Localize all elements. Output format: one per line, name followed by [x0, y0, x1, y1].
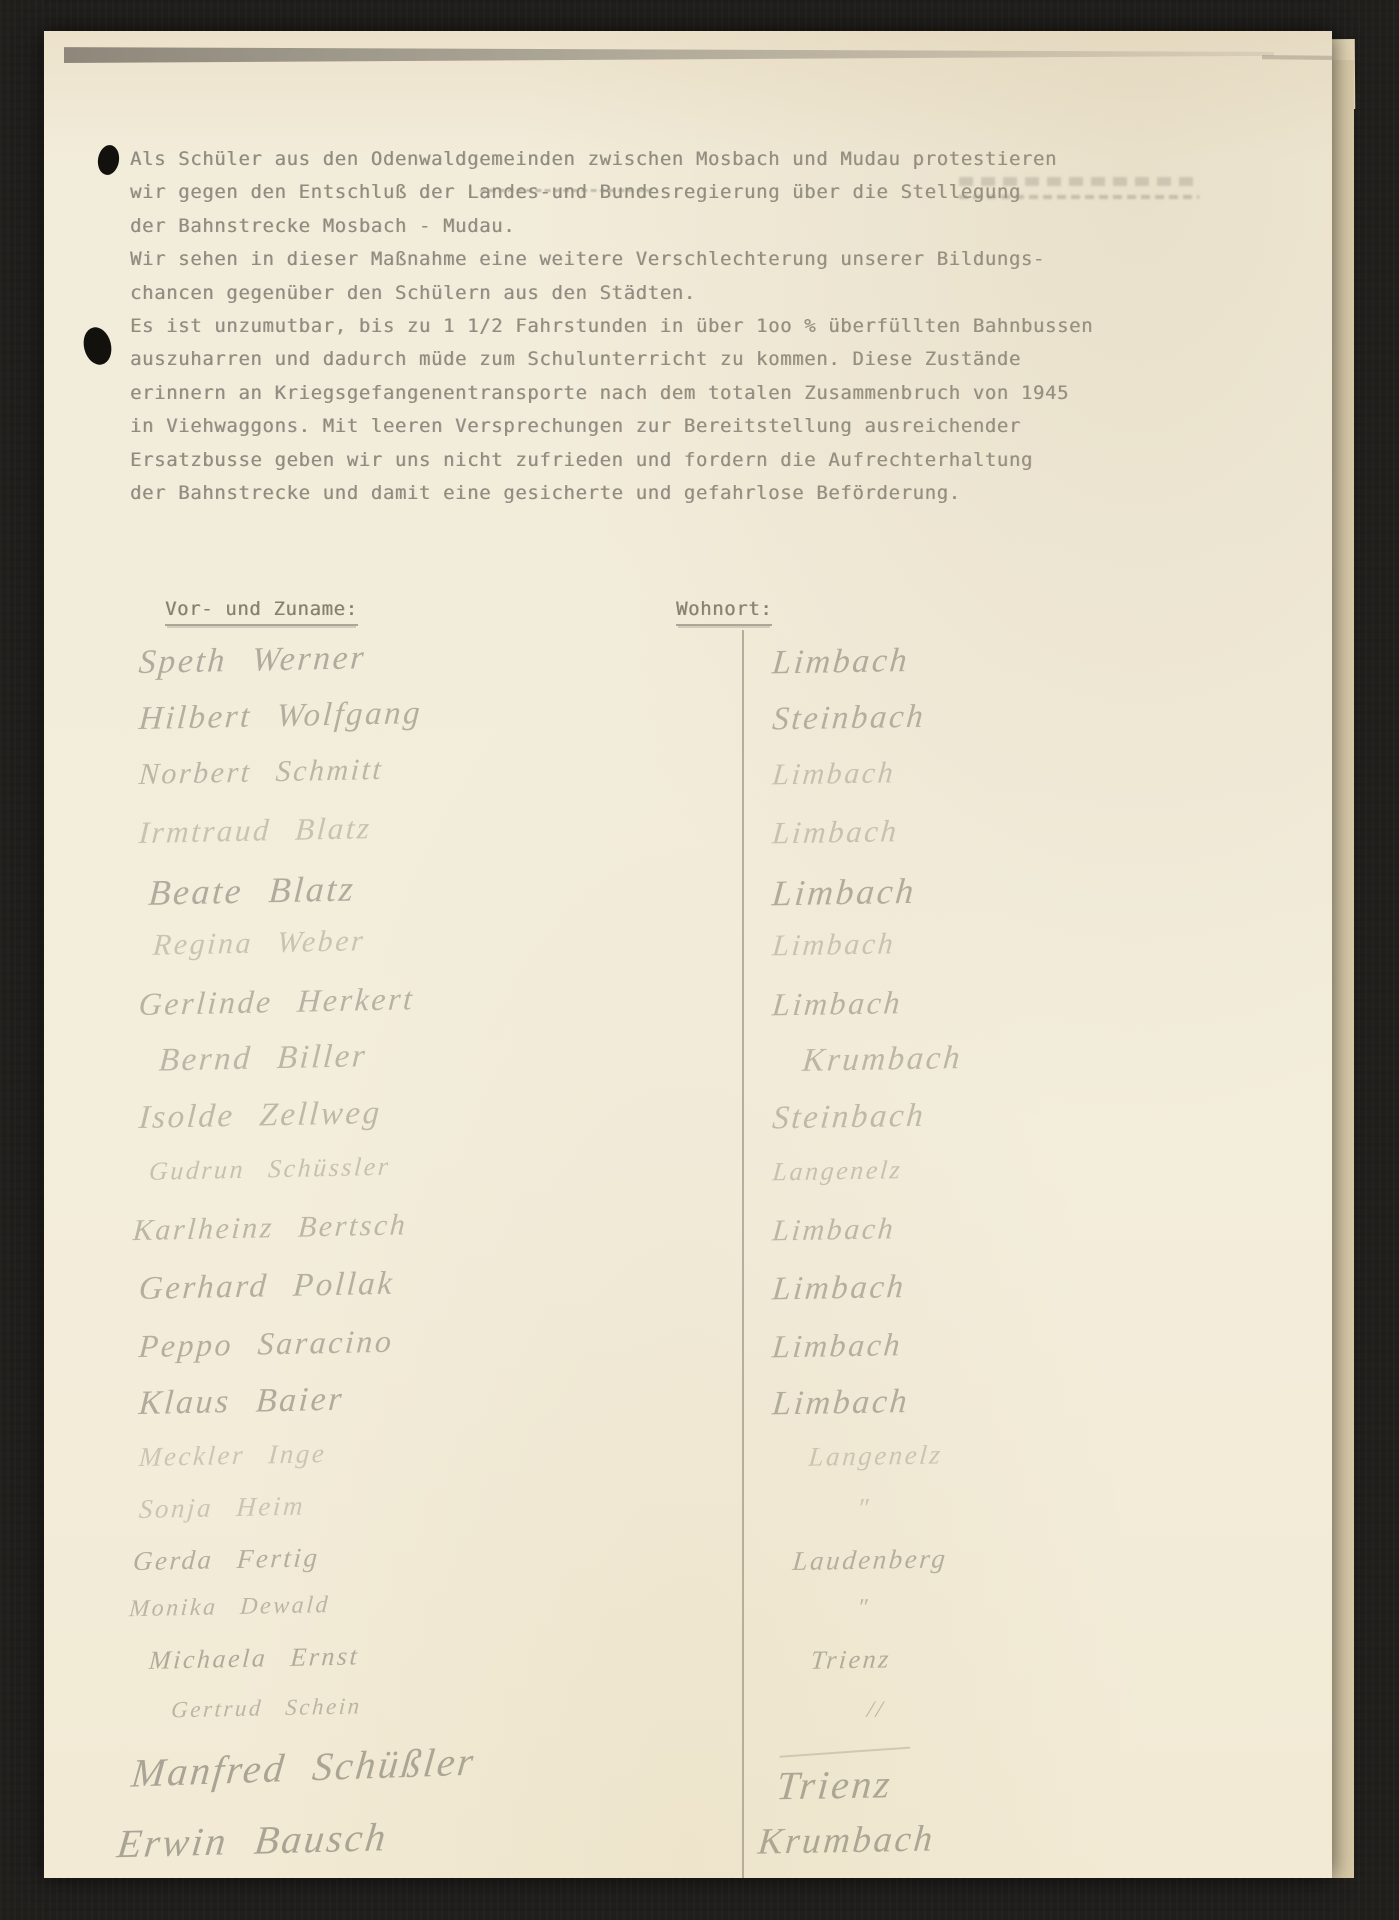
typed-line: in Viehwaggons. Mit leeren Versprechunge… [130, 410, 1210, 443]
typed-line: Wir sehen in dieser Maßnahme eine weiter… [130, 243, 1210, 276]
typed-line: erinnern an Kriegsgefangenentransporte n… [130, 377, 1210, 410]
typed-line: wir gegen den Entschluß der Landes-und B… [130, 176, 1210, 209]
typed-line: Es ist unzumutbar, bis zu 1 1/2 Fahrstun… [130, 310, 1210, 343]
signature-residence: Limbach [736, 863, 1293, 915]
typed-line: der Bahnstrecke Mosbach - Mudau. [130, 210, 1210, 243]
name-column-header: Vor- und Zuname: [165, 598, 358, 626]
residence-column-header: Wohnort: [676, 598, 772, 626]
signature-row: Erwin Bausch Krumbach [94, 1821, 1292, 1878]
scan-shadow-artifact [64, 45, 1274, 63]
under-sheet-edge [1330, 60, 1354, 1878]
typed-line: auszuharren und dadurch müde zum Schulun… [130, 343, 1210, 376]
scan-mat: Als Schüler aus den Odenwaldgemeinden zw… [0, 0, 1399, 1920]
signature-residence: Limbach [737, 635, 1293, 683]
letter-paragraph: Als Schüler aus den Odenwaldgemeinden zw… [130, 143, 1210, 510]
scan-shadow-artifact-small [1262, 55, 1332, 61]
document-page: Als Schüler aus den Odenwaldgemeinden zw… [44, 31, 1332, 1878]
signature-name: Speth Werner [91, 631, 741, 683]
hole-punch-top [96, 144, 121, 177]
signature-residence: Trienz [735, 1741, 1293, 1810]
typed-line: Ersatzbusse geben wir uns nicht zufriede… [130, 444, 1210, 477]
signature-list: Speth Werner Limbach Hilbert Wolfgang St… [94, 645, 1292, 1878]
signature-residence: Krumbach [736, 1811, 1293, 1864]
hole-punch-bottom [80, 324, 115, 367]
typed-line: der Bahnstrecke und damit eine gesichert… [130, 477, 1210, 510]
typed-line: Als Schüler aus den Odenwaldgemeinden zw… [130, 143, 1210, 176]
typed-line: chancen gegenüber den Schülern aus den S… [130, 277, 1210, 310]
